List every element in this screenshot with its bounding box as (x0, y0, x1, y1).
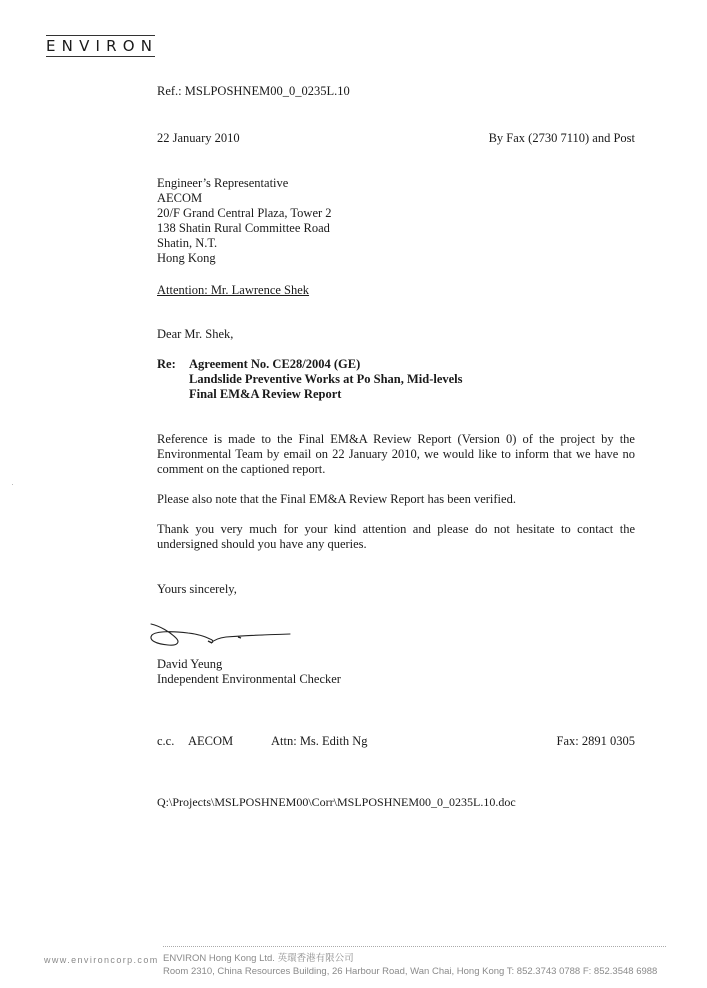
address-line: 138 Shatin Rural Committee Road (157, 221, 332, 236)
cc-label: c.c. (157, 734, 174, 749)
footer-website: www.environcorp.com (44, 954, 159, 966)
address-line: AECOM (157, 191, 332, 206)
environ-logo: ENVIRON (46, 35, 155, 57)
subject-line: Landslide Preventive Works at Po Shan, M… (189, 372, 463, 387)
signer-title: Independent Environmental Checker (157, 672, 341, 687)
closing: Yours sincerely, (157, 582, 237, 597)
cc-fax: Fax: 2891 0305 (557, 734, 635, 749)
address-line: Hong Kong (157, 251, 332, 266)
scan-speck (12, 484, 13, 485)
recipient-address: Engineer’s Representative AECOM 20/F Gra… (157, 176, 332, 266)
body-paragraph: Reference is made to the Final EM&A Revi… (157, 432, 635, 477)
address-line: Engineer’s Representative (157, 176, 332, 191)
subject-line: Final EM&A Review Report (189, 387, 463, 402)
cc-organization: AECOM (188, 734, 233, 749)
subject-label: Re: (157, 357, 176, 372)
body-paragraph: Please also note that the Final EM&A Rev… (157, 492, 635, 507)
reference-number: Ref.: MSLPOSHNEM00_0_0235L.10 (157, 84, 350, 99)
cc-attention: Attn: Ms. Edith Ng (271, 734, 368, 749)
letter-date: 22 January 2010 (157, 131, 240, 146)
delivery-method: By Fax (2730 7110) and Post (489, 131, 635, 146)
address-line: 20/F Grand Central Plaza, Tower 2 (157, 206, 332, 221)
signer-name: David Yeung (157, 657, 222, 672)
footer-company: ENVIRON Hong Kong Ltd. 英環香港有限公司 (163, 953, 354, 965)
subject-lines: Agreement No. CE28/2004 (GE) Landslide P… (189, 357, 463, 402)
footer-divider (163, 946, 666, 947)
address-line: Shatin, N.T. (157, 236, 332, 251)
file-path: Q:\Projects\MSLPOSHNEM00\Corr\MSLPOSHNEM… (157, 795, 516, 810)
body-paragraph: Thank you very much for your kind attent… (157, 522, 635, 552)
footer-address: Room 2310, China Resources Building, 26 … (163, 966, 657, 978)
salutation: Dear Mr. Shek, (157, 327, 233, 342)
signature-icon (148, 612, 293, 652)
attention-line: Attention: Mr. Lawrence Shek (157, 283, 309, 298)
subject-line: Agreement No. CE28/2004 (GE) (189, 357, 463, 372)
